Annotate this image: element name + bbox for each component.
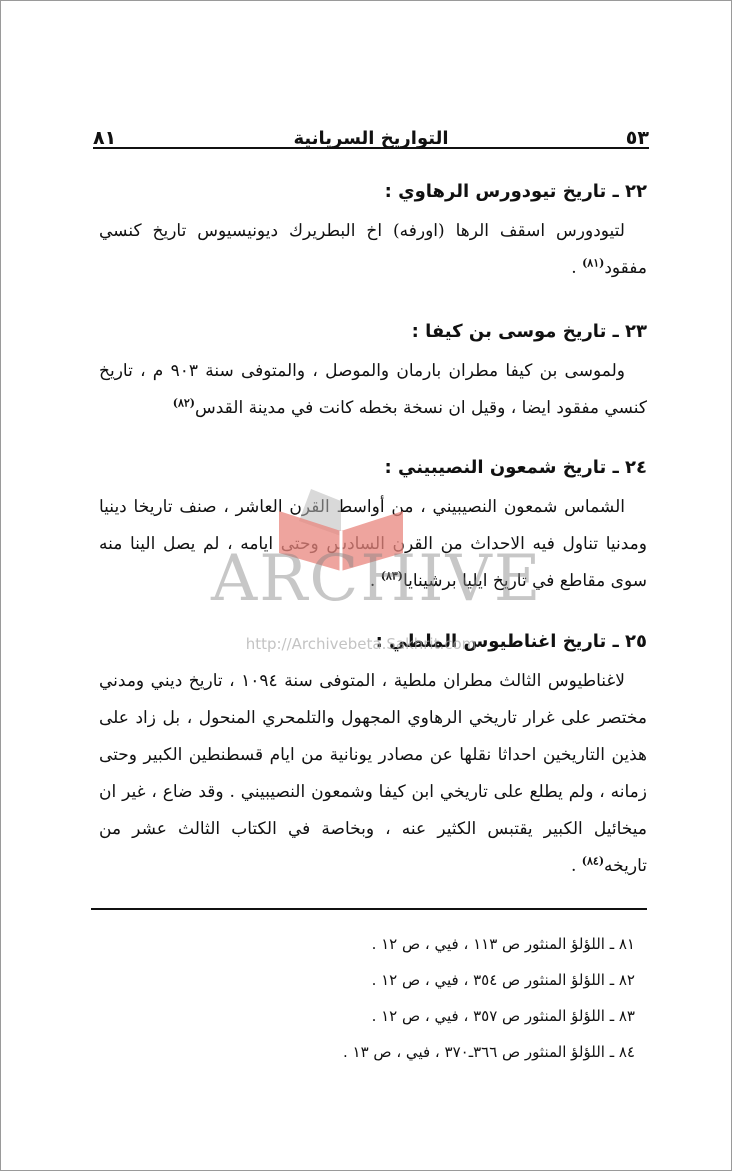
page-number-right: ٥٣ <box>626 127 649 149</box>
section-heading: ٢٣ ـ تاريخ موسى بن كيفا : <box>99 317 647 347</box>
section-heading: ٢٤ ـ تاريخ شمعون النصيبيني : <box>99 453 647 483</box>
footnote-rule <box>91 908 647 910</box>
footnote-84: ٨٤ ـ اللؤلؤ المنثور ص ٣٦٦ـ٣٧٠ ، فيي ، ص … <box>115 1034 635 1070</box>
paragraph-end: . <box>370 571 381 591</box>
footnote-81: ٨١ ـ اللؤلؤ المنثور ص ١١٣ ، فيي ، ص ١٢ . <box>115 926 635 962</box>
section-paragraph: الشماس شمعون النصيبيني ، من أواسط القرن … <box>99 489 647 600</box>
running-title: التواريخ السريانية <box>293 128 448 149</box>
footnote-ref[interactable]: (٨٤) <box>582 854 604 867</box>
paragraph-text: ولموسى بن كيفا مطران بارمان والموصل ، وا… <box>99 361 647 418</box>
header-rule <box>93 147 649 149</box>
scanned-page: ٨١ التواريخ السريانية ٥٣ ٢٢ ـ تاريخ تيود… <box>0 0 732 1171</box>
section-23: ٢٣ ـ تاريخ موسى بن كيفا : ولموسى بن كيفا… <box>99 317 647 427</box>
page-number-left: ٨١ <box>93 127 116 149</box>
section-22: ٢٢ ـ تاريخ تيودورس الرهاوي : لتيودورس اس… <box>99 177 647 287</box>
footnote-ref[interactable]: (٨١) <box>582 256 604 269</box>
paragraph-end: . <box>571 856 582 876</box>
section-paragraph: لاغناطيوس الثالث مطران ملطية ، المتوفى س… <box>99 663 647 885</box>
section-paragraph: ولموسى بن كيفا مطران بارمان والموصل ، وا… <box>99 353 647 427</box>
section-heading: ٢٥ ـ تاريخ اغناطيوس الملطي : <box>99 627 647 657</box>
footnote-ref[interactable]: (٨٣) <box>381 569 403 582</box>
section-25: ٢٥ ـ تاريخ اغناطيوس الملطي : لاغناطيوس ا… <box>99 627 647 885</box>
section-paragraph: لتيودورس اسقف الرها (اورفه) اخ البطريرك … <box>99 213 647 287</box>
footnote-82: ٨٢ ـ اللؤلؤ المنثور ص ٣٥٤ ، فيي ، ص ١٢ . <box>115 962 635 998</box>
paragraph-end: . <box>571 258 582 278</box>
paragraph-text: لتيودورس اسقف الرها (اورفه) اخ البطريرك … <box>99 221 647 278</box>
footnote-ref[interactable]: (٨٢) <box>173 396 195 409</box>
footnotes-list: ٨١ ـ اللؤلؤ المنثور ص ١١٣ ، فيي ، ص ١٢ .… <box>115 926 635 1070</box>
footnote-83: ٨٣ ـ اللؤلؤ المنثور ص ٣٥٧ ، فيي ، ص ١٢ . <box>115 998 635 1034</box>
running-header: ٨١ التواريخ السريانية ٥٣ <box>93 117 649 149</box>
section-heading: ٢٢ ـ تاريخ تيودورس الرهاوي : <box>99 177 647 207</box>
section-24: ٢٤ ـ تاريخ شمعون النصيبيني : الشماس شمعو… <box>99 453 647 600</box>
paragraph-text: لاغناطيوس الثالث مطران ملطية ، المتوفى س… <box>99 671 647 876</box>
